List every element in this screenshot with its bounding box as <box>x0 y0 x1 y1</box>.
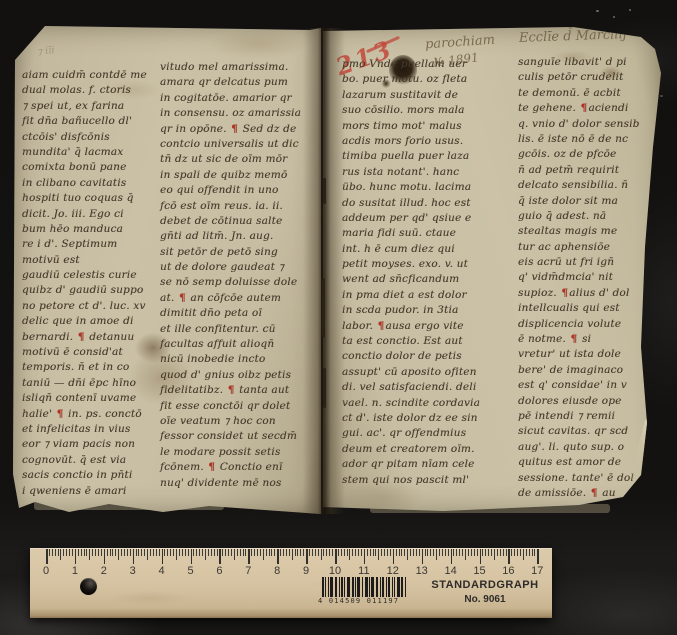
ruler-number: 11 <box>358 565 369 577</box>
ruler-tick <box>419 549 420 556</box>
manuscript-text-line: n̄ ad petm̄ requirit <box>518 163 663 178</box>
manuscript-text-line: deum et creatorem oīm. <box>342 442 514 457</box>
ruler-tick <box>506 549 507 556</box>
ruler-tick <box>393 549 395 564</box>
ruler-tick <box>188 549 189 556</box>
manuscript-text-line: ē notme. ¶ si <box>518 332 663 347</box>
ruler-number: 0 <box>43 565 49 577</box>
manuscript-text-line: gcōis. oz de pfcōe <box>518 147 663 162</box>
ruler-tick <box>208 549 209 556</box>
ruler-tick <box>500 549 501 556</box>
manuscript-text-line: amara qr delcatus pum <box>160 75 318 90</box>
manuscript-text-line: gaudiū celestis curie <box>22 268 162 283</box>
ruler-tick <box>462 549 463 556</box>
ruler-tick <box>482 549 483 556</box>
ruler-number: 15 <box>473 565 485 577</box>
ruler-tick <box>191 549 193 564</box>
ruler-tick <box>245 549 246 556</box>
binding-stitch <box>323 178 326 204</box>
barcode-bar <box>335 577 337 597</box>
manuscript-text-line: bo. puer motu. oz fleta <box>342 72 514 87</box>
ruler-tick <box>416 549 417 556</box>
manuscript-text-line: do susitat illud. hoc est <box>342 196 514 211</box>
ruler-number: 8 <box>274 565 280 577</box>
dust-speck <box>596 10 599 12</box>
manuscript-text-line: eo qui offendit in uno <box>160 183 318 198</box>
ruler-tick <box>214 549 215 556</box>
ruler-tick <box>367 549 368 556</box>
manuscript-text-line: timiba puella puer laza <box>342 149 514 164</box>
ruler-tick <box>517 549 518 556</box>
barcode-bar <box>376 577 378 597</box>
ruler-brand-label: STANDARDGRAPH <box>422 579 548 591</box>
manuscript-text-line: quod d' gnius oibz petis <box>160 368 318 383</box>
manuscript-text-line: übo. hunc motu. lacima <box>342 180 514 195</box>
ruler-number: 7 <box>245 565 251 577</box>
ruler-tick <box>427 549 428 556</box>
ruler-number: 4 <box>159 565 165 577</box>
ruler-tick <box>485 549 486 556</box>
ruler-tick <box>78 549 79 556</box>
manuscript-text-line: nicū inobedie incto <box>160 352 318 367</box>
barcode-bar <box>355 577 356 597</box>
barcode-bar <box>369 577 370 597</box>
manuscript-text-line: vael. n. scindite cordavia <box>342 396 514 411</box>
ruler-tick <box>156 549 157 556</box>
manuscript-text-line: lazarum sustitavit de <box>342 88 514 103</box>
ruler-tick <box>503 549 504 556</box>
manuscript-text-line: oīe veatum ⁊ hoc con <box>160 414 318 429</box>
manuscript-text-line: mundita' q̄ lacmax <box>22 145 162 160</box>
manuscript-text-line: contcio universalis ut dic <box>160 137 318 152</box>
ruler-number: 16 <box>502 565 514 577</box>
ruler-tick <box>451 549 453 564</box>
ruler-tick <box>104 549 106 564</box>
ruler-number: 1 <box>72 565 78 577</box>
manuscript-text-line: motivū est <box>22 253 162 268</box>
ruler-tick <box>286 549 287 556</box>
manuscript-text-line: went ad sn̄cficandum <box>342 272 514 287</box>
ruler-tick <box>52 549 53 556</box>
ruler-tick <box>133 549 135 564</box>
rubric-mark: ¶ <box>56 408 65 420</box>
ruler-model-label: No. 9061 <box>422 594 548 605</box>
ruler-tick <box>349 549 350 560</box>
ruler-tick <box>176 549 177 560</box>
manuscript-text-line: bere' de imaginaco <box>518 363 663 378</box>
inscription-parochiam: parochiam <box>425 33 496 53</box>
right-page-column-1: pmo Vnde puellam uerbo. puer motu. oz fl… <box>342 57 514 488</box>
ruler-tick <box>292 549 293 560</box>
ruler-tick <box>399 549 400 556</box>
manuscript-text-line: taniū — dn̄i ēpc hīno <box>22 376 162 391</box>
ruler-tick <box>46 549 48 564</box>
ruler-tick <box>110 549 111 556</box>
manuscript-text-line: mors timo mot' malus <box>342 119 514 134</box>
manuscript-photograph: ⁊ iīi aiam cuidm̄ contdē medual molas. f… <box>0 0 677 635</box>
ruler-tick <box>465 549 466 560</box>
barcode-bar <box>382 577 384 597</box>
barcode-bar <box>341 577 343 597</box>
ruler-tick <box>84 549 85 556</box>
manuscript-text-line: stem qui nos pascit ml' <box>342 473 514 488</box>
ruler-tick <box>494 549 495 560</box>
ruler-tick <box>439 549 440 556</box>
ruler-tick <box>60 549 61 560</box>
manuscript-text-line: est q' considae' in v <box>518 378 663 393</box>
manuscript-text-line: debet de cōtinua salte <box>160 214 318 229</box>
ruler-tick <box>280 549 281 556</box>
manuscript-text-line: q' vidm̄dmcia' nit <box>518 270 663 285</box>
barcode-bar <box>352 577 354 597</box>
ruler-tick <box>534 549 535 556</box>
ruler-tick <box>381 549 382 556</box>
manuscript-text-line: labor. ¶ausa ergo vite <box>342 319 514 334</box>
ruler-tick <box>480 549 482 564</box>
ruler-tick <box>433 549 434 556</box>
manuscript-text-line: ⁊ spei ut, ex farina <box>22 99 162 114</box>
ruler-tick <box>118 549 119 560</box>
binding-stitch <box>322 278 325 338</box>
ruler-tick <box>309 549 310 556</box>
manuscript-text-line: fidelitatibz. ¶ tanta aut <box>160 383 318 398</box>
manuscript-text-line: fcōnem. ¶ Conctio enī <box>160 460 318 475</box>
ruler-tick <box>234 549 235 560</box>
ruler-tick <box>459 549 460 556</box>
left-page-column-2: vitudo mel amarissima.amara qr delcatus … <box>160 60 318 491</box>
manuscript-text-line: rus ista notant'. hanc <box>342 165 514 180</box>
ruler-tick <box>430 549 431 556</box>
ruler-tick <box>136 549 137 556</box>
manuscript-text-line: ador qr pitam nīam cele <box>342 457 514 472</box>
ruler-tick <box>196 549 197 556</box>
ruler-tick <box>361 549 362 556</box>
manuscript-text-line: delcato sensibilia. n̄ <box>518 178 663 193</box>
manuscript-text-line: pmo Vnde puellam uer <box>342 57 514 72</box>
ruler-tick <box>179 549 180 556</box>
ruler-tick <box>448 549 449 556</box>
ruler-tick <box>263 549 264 560</box>
ruler-tick <box>86 549 87 556</box>
ruler-tick <box>185 549 186 556</box>
barcode-bar <box>347 577 350 597</box>
barcode-bar <box>388 577 390 597</box>
ruler-tick <box>422 549 424 564</box>
manuscript-text-line: no petore ct d'. luc. xv <box>22 299 162 314</box>
rubric-mark: ¶ <box>77 331 86 343</box>
ruler-tick <box>453 549 454 556</box>
ruler-tick <box>127 549 128 556</box>
manuscript-text-line: at. ¶ an cōfcōe autem <box>160 291 318 306</box>
ruler-tick <box>358 549 359 556</box>
ruler-tick <box>289 549 290 556</box>
ruler-tick <box>306 549 308 564</box>
dust-speck <box>613 16 615 18</box>
ruler-tick <box>260 549 261 556</box>
manuscript-text-line: delic que in amoe di <box>22 314 162 329</box>
ruler-tick <box>364 549 366 564</box>
rubric-mark: ¶ <box>227 384 236 396</box>
ruler-tick <box>352 549 353 556</box>
ruler-tick <box>508 549 510 564</box>
manuscript-text-line: tur ac aphensiōe <box>518 240 663 255</box>
ruler-tick <box>297 549 298 556</box>
ruler-tick <box>407 549 408 560</box>
ruler-tick <box>115 549 116 556</box>
manuscript-text-line: vretur' ut ista dole <box>518 347 663 362</box>
manuscript-text-line: tn̄ dz ut sic de oīm mōr <box>160 152 318 167</box>
ruler-tick <box>55 549 56 556</box>
ruler-tick <box>520 549 521 556</box>
manuscript-text-line: suo cōsilio. mors mala <box>342 103 514 118</box>
ruler-tick <box>205 549 206 560</box>
barcode <box>322 577 408 597</box>
manuscript-text-line: isliqn̄ contenī uvame <box>22 391 162 406</box>
manuscript-text-line: ct d'. iste dolor dz ee sin <box>342 411 514 426</box>
ruler-tick <box>144 549 145 556</box>
ruler-tick <box>537 549 539 564</box>
rubric-mark: ¶ <box>590 487 599 499</box>
ruler-number: 14 <box>444 565 456 577</box>
ruler-tick <box>130 549 131 556</box>
ruler-tick <box>231 549 232 556</box>
manuscript-text-line: culis petōr crudelit <box>518 70 663 85</box>
rubric-mark: ¶ <box>560 287 569 299</box>
ruler-tick <box>254 549 255 556</box>
ruler-tick <box>497 549 498 556</box>
manuscript-text-line: et infelicitas in vius <box>22 422 162 437</box>
manuscript-text-line: sanguīe libavit' d pi <box>518 55 663 70</box>
ruler-tick <box>199 549 200 556</box>
ruler-number: 10 <box>329 565 341 577</box>
right-page-column-2: sanguīe libavit' d piculis petōr crudeli… <box>518 55 663 501</box>
ruler-tick <box>425 549 426 556</box>
manuscript-text-line: fit dn̄a bañucello dl' <box>22 114 162 129</box>
ruler-tick <box>72 549 73 556</box>
manuscript-text-line: ctcōis' disfcōnis <box>22 130 162 145</box>
manuscript-text-line: acdis mors forio usus. <box>342 134 514 149</box>
ruler-tick <box>303 549 304 556</box>
ruler-hanging-hole <box>80 578 97 595</box>
ruler-tick <box>373 549 374 556</box>
ruler-tick <box>222 549 223 556</box>
ruler-tick <box>95 549 96 556</box>
manuscript-text-line: qr in opōne. ¶ Sed dz de <box>160 122 318 137</box>
ruler-tick <box>370 549 371 556</box>
ruler-tick <box>300 549 301 556</box>
ruler-tick <box>468 549 469 556</box>
ruler-number: 3 <box>130 565 136 577</box>
manuscript-text-line: ut de dolore gaudeat ⁊ <box>160 260 318 275</box>
ruler-tick <box>266 549 267 556</box>
ruler-tick <box>248 549 250 564</box>
rubric-mark: ¶ <box>207 461 216 473</box>
manuscript-text-line: guio q̄ adest. nā <box>518 209 663 224</box>
rubric-mark: ¶ <box>570 333 579 345</box>
ruler-tick <box>121 549 122 556</box>
ruler-tick <box>159 549 160 556</box>
barcode-bar <box>392 577 393 597</box>
manuscript-text-line: in spali de quibz memō <box>160 168 318 183</box>
manuscript-text-line: addeum per qd' qsiue e <box>342 211 514 226</box>
ruler-tick <box>225 549 226 556</box>
ruler-tick <box>98 549 99 556</box>
manuscript-text-line: petit moyses. exo. v. ut <box>342 257 514 272</box>
ruler-tick <box>477 549 478 556</box>
manuscript-text-line: in scda pudor. in 3tia <box>342 303 514 318</box>
barcode-bar <box>362 577 363 597</box>
pencil-annotation: ⁊ iīi <box>36 45 55 58</box>
manuscript-text-line: bum hēo manduca <box>22 222 162 237</box>
ruler-tick <box>219 549 221 564</box>
manuscript-text-line: hospiti tuo coquas q̄ <box>22 191 162 206</box>
ruler-tick <box>182 549 183 556</box>
manuscript-text-line: fit esse conctōi qr dolet <box>160 399 318 414</box>
ruler-number: 5 <box>187 565 193 577</box>
manuscript-text-line: dicit. Jo. iii. Ego ci <box>22 207 162 222</box>
manuscript-text-line: lis. ē iste nō ē de nc <box>518 132 663 147</box>
ruler-tick <box>257 549 258 556</box>
ruler-tick <box>378 549 379 560</box>
ruler-tick <box>532 549 533 556</box>
ruler-tick <box>384 549 385 556</box>
ruler-tick <box>150 549 151 556</box>
manuscript-text-line: dual molas. f. ctoris <box>22 83 162 98</box>
ruler-tick <box>217 549 218 556</box>
ruler-tick <box>89 549 90 560</box>
manuscript-text-line: gn̄ti ad litm̄. Jn. aug. <box>160 229 318 244</box>
barcode-bar <box>339 577 340 597</box>
manuscript-text-line: sessione. tante' ē dol <box>518 471 663 486</box>
ruler-tick <box>355 549 356 556</box>
manuscript-text-line: motivū ē consid'at <box>22 345 162 360</box>
manuscript-text-line: comixta bonū pane <box>22 160 162 175</box>
ruler-tick <box>387 549 388 556</box>
ruler-tick <box>141 549 142 556</box>
ruler-tick <box>474 549 475 556</box>
manuscript-text-line: q̄ iste dolor sit ma <box>518 194 663 209</box>
ruler-tick <box>335 549 337 564</box>
ruler-tick <box>277 549 279 564</box>
ruler-tick <box>445 549 446 556</box>
barcode-bar <box>344 577 345 597</box>
barcode-bar <box>405 577 406 597</box>
dust-speck <box>660 95 663 97</box>
ruler-tick <box>173 549 174 556</box>
binding-gutter <box>303 28 345 514</box>
manuscript-text-line: intellcualis qui est <box>518 301 663 316</box>
barcode-bar <box>394 577 395 597</box>
ruler-tick <box>323 549 324 556</box>
manuscript-text-line: le modare possit setis <box>160 445 318 460</box>
manuscript-text-line: temporis. n̄ et in co <box>22 360 162 375</box>
ruler-number: 9 <box>303 565 309 577</box>
manuscript-text-line: bernardi. ¶ detanuu <box>22 330 162 345</box>
barcode-bar <box>330 577 333 597</box>
ruler-tick <box>49 549 50 556</box>
manuscript-text-line: gui. ac'. qr offendmius <box>342 426 514 441</box>
ruler-tick <box>471 549 472 556</box>
manuscript-text-line: quibz d' gaudiū suppo <box>22 283 162 298</box>
manuscript-text-line: te gehene. ¶aciendi <box>518 101 663 116</box>
manuscript-text-line: sit petōr de petō sing <box>160 245 318 260</box>
manuscript-text-line: te demonū. ē acbit <box>518 86 663 101</box>
ruler-tick <box>269 549 270 556</box>
ruler-tick <box>404 549 405 556</box>
ruler-tick <box>63 549 64 556</box>
manuscript-text-line: displicencia volute <box>518 317 663 332</box>
manuscript-text-line: eor ⁊ viam pacis non <box>22 437 162 452</box>
barcode-bar <box>371 577 374 597</box>
ruler-tick <box>193 549 194 556</box>
ruler-tick <box>170 549 171 556</box>
ruler-number: 13 <box>416 565 428 577</box>
manuscript-text-line: in clibano cavitatis <box>22 176 162 191</box>
ruler-tick <box>167 549 168 556</box>
ruler-tick <box>162 549 164 564</box>
ruler-tick <box>274 549 275 556</box>
ruler-tick <box>153 549 154 556</box>
manuscript-text-line: eis acrū ut fri ign̄ <box>518 255 663 270</box>
manuscript-text-line: facultas affuit alioqn̄ <box>160 337 318 352</box>
barcode-bar <box>380 577 381 597</box>
ruler-tick <box>81 549 82 556</box>
ruler-tick <box>92 549 93 556</box>
ruler-tick <box>312 549 313 556</box>
manuscript-text-line: re i d'. Septimum <box>22 237 162 252</box>
barcode-bar <box>325 577 326 597</box>
manuscript-text-line: stealtas magis me <box>518 224 663 239</box>
barcode-bar <box>386 577 387 597</box>
barcode-bar <box>365 577 368 597</box>
ruler-tick <box>456 549 457 556</box>
manuscript-text-line: in consensu. oz amarissia <box>160 106 318 121</box>
dust-speck <box>629 9 631 11</box>
ruler-tick <box>332 549 333 556</box>
ruler-tick <box>251 549 252 556</box>
manuscript-text-line: conctio dolor de petis <box>342 349 514 364</box>
ruler-tick <box>69 549 70 556</box>
manuscript-text-line: assupt' cū aposito ofiten <box>342 365 514 380</box>
manuscript-text-line: fessor considet ut secdm̄ <box>160 429 318 444</box>
ruler-tick <box>283 549 284 556</box>
binding-stitch <box>323 368 326 408</box>
manuscript-text-line: vitudo mel amarissima. <box>160 60 318 75</box>
ruler-number: 2 <box>101 565 107 577</box>
ruler-tick <box>491 549 492 556</box>
ruler-tick <box>436 549 437 560</box>
ruler-number: 12 <box>387 565 399 577</box>
ruler-tick <box>66 549 67 556</box>
ruler-tick <box>164 549 165 556</box>
ruler-tick <box>240 549 241 556</box>
ruler-tick <box>237 549 238 556</box>
ruler-tick <box>410 549 411 556</box>
ruler-tick <box>514 549 515 556</box>
ruler-tick <box>326 549 327 556</box>
ruler-tick <box>526 549 527 556</box>
manuscript-text-line: aiam cuidm̄ contdē me <box>22 68 162 83</box>
ruler-tick <box>58 549 59 556</box>
ruler-tick <box>338 549 339 556</box>
ruler-tick <box>442 549 443 556</box>
manuscript-text-line: halie' ¶ in. ps. conctō <box>22 407 162 422</box>
manuscript-text-line: q. vnio d' dolor sensib <box>518 117 663 132</box>
manuscript-text-line: se nō semp doluisse dole <box>160 275 318 290</box>
manuscript-text-line: di. vel satisfaciendi. deli <box>342 380 514 395</box>
manuscript-text-line: ta est conctio. Est aut <box>342 334 514 349</box>
manuscript-left-page: ⁊ iīi aiam cuidm̄ contdē medual molas. f… <box>13 26 321 514</box>
